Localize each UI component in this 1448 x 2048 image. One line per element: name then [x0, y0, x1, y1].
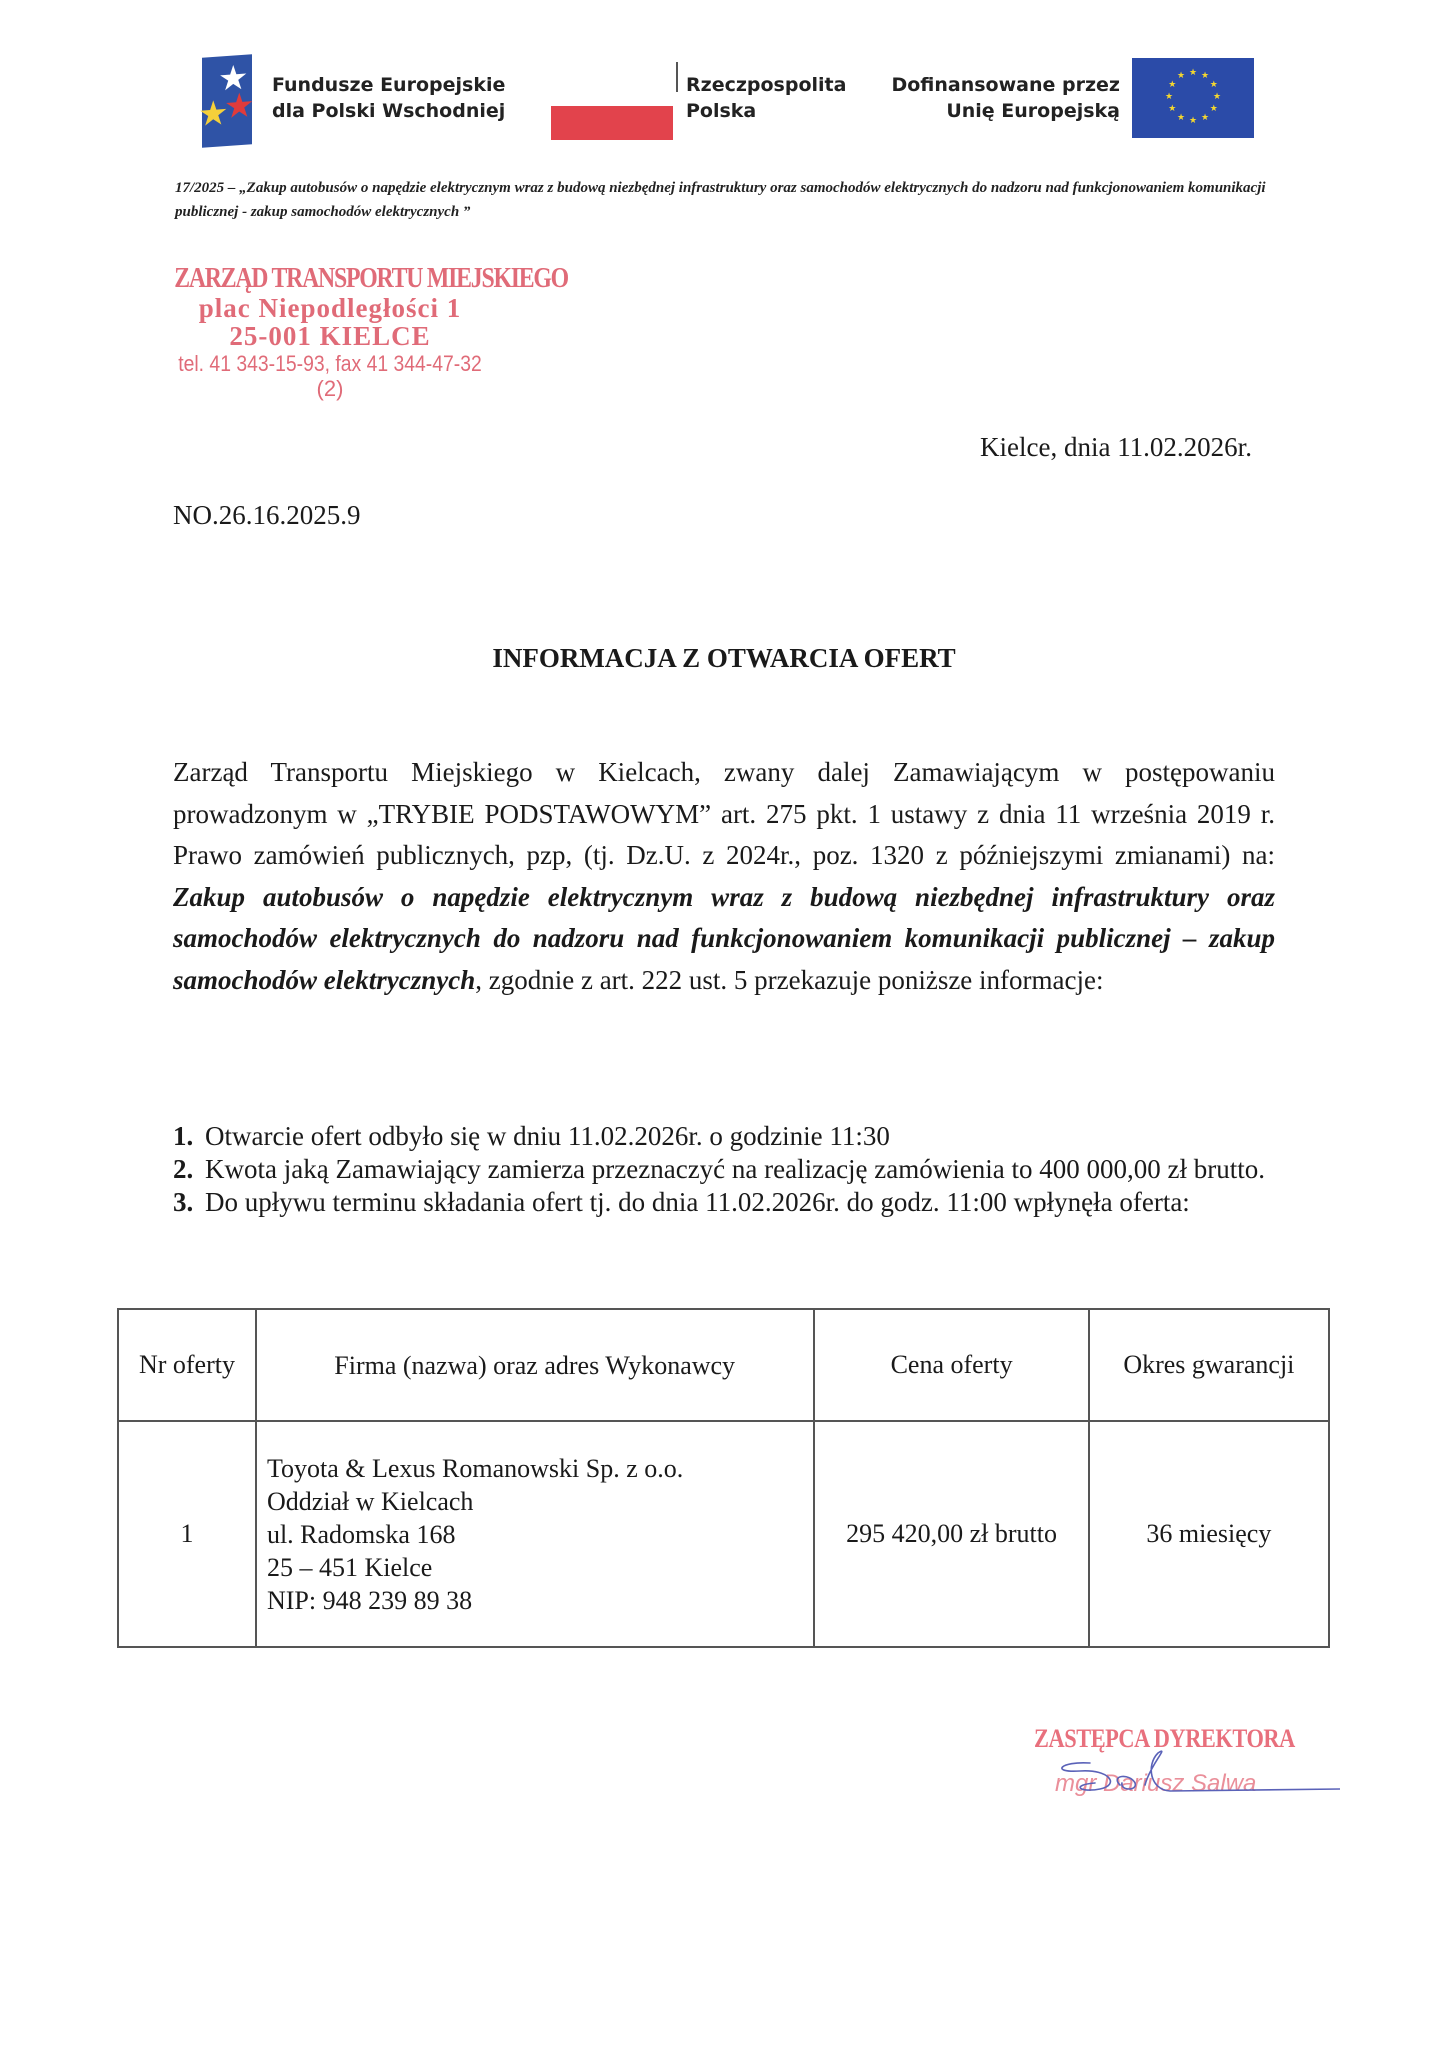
poland-line-1: Rzeczpospolita [686, 72, 846, 98]
document-title: INFORMACJA Z OTWARCIA OFERT [0, 643, 1448, 674]
poland-flag-icon [551, 106, 673, 140]
header-company: Firma (nazwa) oraz adres Wykonawcy [256, 1309, 814, 1421]
company-cell: Toyota & Lexus Romanowski Sp. z o.o. Odd… [256, 1421, 814, 1647]
body-paragraph: Zarząd Transportu Miejskiego w Kielcach,… [173, 752, 1275, 1001]
info-item-text: Kwota jaką Zamawiający zamierza przeznac… [205, 1154, 1265, 1184]
red-star-icon: ★ [224, 88, 254, 124]
eu-star-icon: ★ [1165, 93, 1173, 102]
eu-star-icon: ★ [1168, 81, 1176, 90]
eu-star-icon: ★ [1201, 72, 1209, 81]
stamp-org-name: ZARZĄD TRANSPORTU MIEJSKIEGO [174, 262, 486, 294]
offer-number: 1 [118, 1421, 256, 1647]
company-city: 25 – 451 Kielce [267, 1551, 812, 1584]
document-number: NO.26.16.2025.9 [173, 500, 361, 531]
header-warranty: Okres gwarancji [1089, 1309, 1329, 1421]
info-item-text: Otwarcie ofert odbyło się w dniu 11.02.2… [205, 1121, 890, 1151]
eu-star-icon: ★ [1177, 114, 1185, 123]
table-row: 1 Toyota & Lexus Romanowski Sp. z o.o. O… [118, 1421, 1329, 1647]
funds-europe-logo: ★ ★ ★ [202, 54, 252, 147]
poland-divider [676, 62, 678, 92]
info-item-text: Do upływu terminu składania ofert tj. do… [205, 1187, 1190, 1217]
eu-line-2: Unię Europejską [880, 98, 1120, 124]
company-name: Toyota & Lexus Romanowski Sp. z o.o. [267, 1452, 812, 1485]
funds-line-2: dla Polski Wschodniej [272, 98, 505, 124]
company-branch: Oddział w Kielcach [267, 1485, 812, 1518]
company-street: ul. Radomska 168 [267, 1518, 812, 1551]
funds-europe-text: Fundusze Europejskie dla Polski Wschodni… [272, 72, 505, 124]
offer-price: 295 420,00 zł brutto [814, 1421, 1088, 1647]
info-item: 3.Do upływu terminu składania ofert tj. … [173, 1186, 1283, 1219]
eu-cofinanced-text: Dofinansowane przez Unię Europejską [880, 72, 1120, 124]
body-intro: Zarząd Transportu Miejskiego w Kielcach,… [173, 757, 1275, 870]
info-item: 1.Otwarcie ofert odbyło się w dniu 11.02… [173, 1120, 1283, 1153]
organization-stamp: ZARZĄD TRANSPORTU MIEJSKIEGO plac Niepod… [140, 262, 520, 400]
eu-star-icon: ★ [1189, 117, 1197, 126]
eu-star-icon: ★ [1177, 72, 1185, 81]
offer-warranty: 36 miesięcy [1089, 1421, 1329, 1647]
eu-star-icon: ★ [1210, 105, 1218, 114]
stamp-street: plac Niepodległości 1 [140, 294, 520, 322]
table-header-row: Nr oferty Firma (nazwa) oraz adres Wykon… [118, 1309, 1329, 1421]
info-item: 2.Kwota jaką Zamawiający zamierza przezn… [173, 1153, 1283, 1186]
eu-star-icon: ★ [1210, 81, 1218, 90]
eu-star-icon: ★ [1201, 114, 1209, 123]
info-item-number: 2. [173, 1153, 193, 1186]
eu-star-icon: ★ [1168, 105, 1176, 114]
stamp-city: 25-001 KIELCE [140, 322, 520, 350]
offers-table: Nr oferty Firma (nazwa) oraz adres Wykon… [117, 1308, 1330, 1648]
eu-flag-icon: ★★★★★★★★★★★★ [1132, 58, 1254, 138]
header-offer-number: Nr oferty [118, 1309, 256, 1421]
poland-line-2: Polska [686, 98, 846, 124]
info-item-number: 3. [173, 1186, 193, 1219]
funds-line-1: Fundusze Europejskie [272, 72, 505, 98]
poland-text: Rzeczpospolita Polska [686, 72, 846, 124]
stamp-copy-number: (2) [140, 378, 520, 400]
eu-star-icon: ★ [1189, 69, 1197, 78]
body-outro: , zgodnie z art. 222 ust. 5 przekazuje p… [475, 965, 1103, 995]
eu-line-1: Dofinansowane przez [880, 72, 1120, 98]
place-date: Kielce, dnia 11.02.2026r. [980, 432, 1252, 463]
header-price: Cena oferty [814, 1309, 1088, 1421]
info-list: 1.Otwarcie ofert odbyło się w dniu 11.02… [173, 1120, 1283, 1219]
company-nip: NIP: 948 239 89 38 [267, 1584, 812, 1617]
info-item-number: 1. [173, 1120, 193, 1153]
stamp-phone: tel. 41 343-15-93, fax 41 344-47-32 [163, 350, 497, 378]
procurement-reference: 17/2025 – „Zakup autobusów o napędzie el… [175, 176, 1275, 224]
handwritten-signature-icon [1050, 1745, 1340, 1805]
eu-star-icon: ★ [1213, 93, 1221, 102]
